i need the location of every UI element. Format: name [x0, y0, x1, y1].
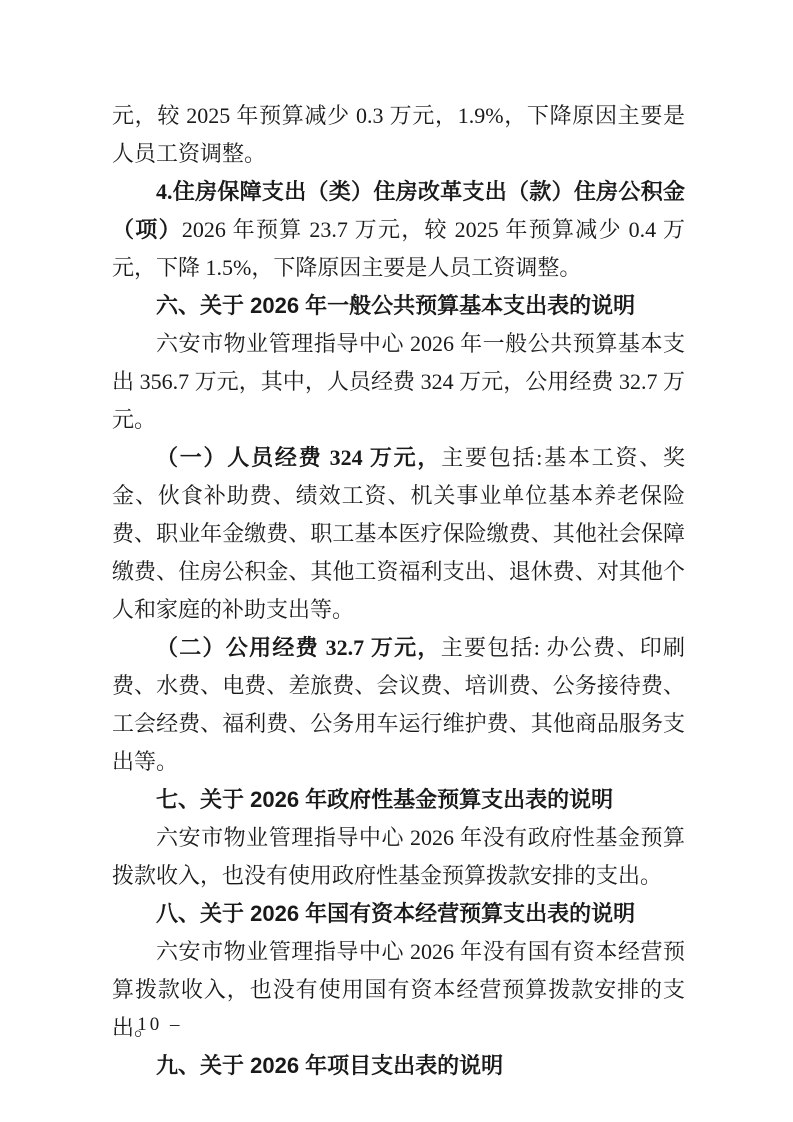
paragraph-text: 六安市物业管理指导中心 2026 年没有政府性基金预算拨款收入，也没有使用政府性…: [112, 825, 685, 888]
paragraph: 六安市物业管理指导中心 2026 年一般公共预算基本支出 356.7 万元，其中…: [112, 325, 685, 439]
paragraph: 元，较 2025 年预算减少 0.3 万元，1.9%，下降原因主要是人员工资调整…: [112, 97, 685, 173]
section-heading-text: 九、关于 2026 年项目支出表的说明: [156, 1053, 503, 1078]
paragraph-text: 六安市物业管理指导中心 2026 年没有国有资本经营预算拨款收入，也没有使用国有…: [112, 939, 685, 1040]
document-page: 元，较 2025 年预算减少 0.3 万元，1.9%，下降原因主要是人员工资调整…: [0, 0, 793, 1122]
paragraph-text: 主要包括:基本工资、奖金、伙食补助费、绩效工资、机关事业单位基本养老保险费、职业…: [112, 445, 685, 622]
paragraph: （二）公用经费 32.7 万元，主要包括: 办公费、印刷费、水费、电费、差旅费、…: [112, 629, 685, 781]
section-heading: 九、关于 2026 年项目支出表的说明: [112, 1047, 685, 1085]
section-heading: 八、关于 2026 年国有资本经营预算支出表的说明: [112, 895, 685, 933]
section-heading-text: 六、关于 2026 年一般公共预算基本支出表的说明: [156, 293, 635, 318]
document-body: 元，较 2025 年预算减少 0.3 万元，1.9%，下降原因主要是人员工资调整…: [112, 97, 685, 1085]
section-heading: 六、关于 2026 年一般公共预算基本支出表的说明: [112, 287, 685, 325]
paragraph-text: 2026 年预算 23.7 万元，较 2025 年预算减少 0.4 万元，下降 …: [112, 217, 685, 280]
section-heading: 七、关于 2026 年政府性基金预算支出表的说明: [112, 781, 685, 819]
paragraph: 4.住房保障支出（类）住房改革支出（款）住房公积金（项）2026 年预算 23.…: [112, 173, 685, 287]
section-heading-text: 八、关于 2026 年国有资本经营预算支出表的说明: [156, 901, 635, 926]
paragraph: （一）人员经费 324 万元，主要包括:基本工资、奖金、伙食补助费、绩效工资、机…: [112, 439, 685, 629]
paragraph: 六安市物业管理指导中心 2026 年没有国有资本经营预算拨款收入，也没有使用国有…: [112, 933, 685, 1047]
section-heading-text: 七、关于 2026 年政府性基金预算支出表的说明: [156, 787, 613, 812]
paragraph: 六安市物业管理指导中心 2026 年没有政府性基金预算拨款收入，也没有使用政府性…: [112, 819, 685, 895]
paragraph-text-bold: （一）人员经费 324 万元，: [156, 445, 441, 470]
paragraph-text-bold: （二）公用经费 32.7 万元，: [156, 635, 441, 660]
paragraph-text: 元，较 2025 年预算减少 0.3 万元，1.9%，下降原因主要是人员工资调整…: [112, 103, 685, 166]
paragraph-text: 六安市物业管理指导中心 2026 年一般公共预算基本支出 356.7 万元，其中…: [112, 331, 685, 432]
page-number: – 10 –: [117, 1014, 183, 1036]
